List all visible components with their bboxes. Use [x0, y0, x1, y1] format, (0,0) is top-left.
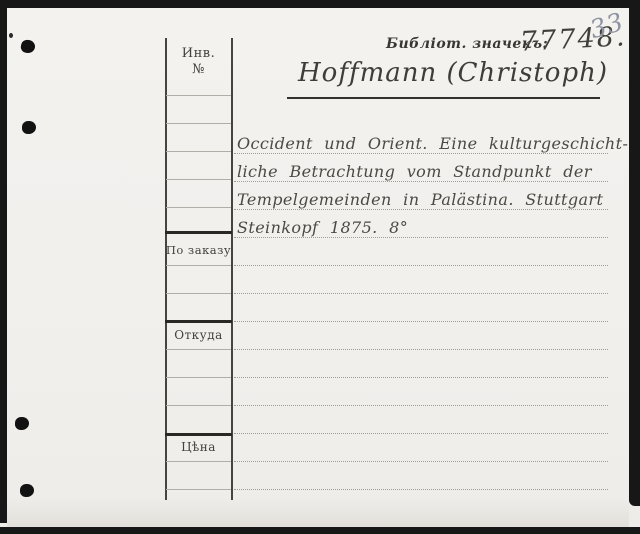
punch-hole	[15, 417, 29, 430]
punch-hole	[20, 39, 36, 55]
scan-edge-left	[0, 0, 7, 523]
column-divider-right	[231, 38, 233, 500]
column-rule-line	[166, 95, 231, 96]
column-section-divider	[165, 320, 232, 323]
column-rule-line	[166, 265, 231, 266]
column-section-divider	[165, 231, 232, 234]
writing-guide-line	[234, 377, 608, 378]
writing-guide-line	[234, 321, 608, 322]
heading-underline	[287, 97, 600, 99]
author-heading: Hoffmann (Christoph)	[298, 58, 608, 88]
column-rule-line	[166, 179, 231, 180]
column-rule-line	[166, 123, 231, 124]
scan-edge-bottom	[0, 527, 640, 534]
card-bottom-shadow	[7, 498, 629, 527]
column-section-divider	[165, 433, 232, 436]
column-rule-line	[166, 151, 231, 152]
column-rule-line	[166, 349, 231, 350]
inventory-label-word: Инв.	[182, 46, 215, 61]
title-line-1: Occident und Orient. Eine kulturgeschich…	[237, 130, 622, 158]
punch-hole	[20, 484, 34, 497]
scan-speck	[9, 33, 13, 38]
library-card-scan: Инв. № По заказу Откуда Цѣна Библіот. зн…	[0, 0, 640, 534]
numero-sign: №	[192, 62, 205, 77]
writing-guide-line	[234, 293, 608, 294]
from-where-label: Откуда	[165, 328, 232, 342]
title-line-2: liche Betrachtung vom Standpunkt der	[237, 158, 622, 186]
scan-edge-right	[629, 0, 640, 506]
title-line-4: Steinkopf 1875. 8°	[237, 214, 622, 242]
column-rule-line	[166, 377, 231, 378]
price-label: Цѣна	[165, 440, 232, 454]
writing-guide-line	[234, 349, 608, 350]
writing-guide-line	[234, 489, 608, 490]
writing-guide-line	[234, 433, 608, 434]
title-line-3: Tempelgemeinden in Palästina. Stuttgart	[237, 186, 622, 214]
writing-guide-line	[234, 461, 608, 462]
column-rule-line	[166, 293, 231, 294]
column-divider-left	[165, 38, 167, 500]
column-rule-line	[166, 405, 231, 406]
by-order-label: По заказу	[165, 243, 232, 257]
punch-hole	[22, 121, 36, 134]
scan-edge-top	[0, 0, 640, 8]
inventory-number-label: Инв. №	[165, 46, 232, 78]
writing-guide-line	[234, 405, 608, 406]
column-rule-line	[166, 207, 231, 208]
column-rule-line	[166, 489, 231, 490]
column-rule-line	[166, 461, 231, 462]
title-description: Occident und Orient. Eine kulturgeschich…	[237, 130, 622, 242]
writing-guide-line	[234, 265, 608, 266]
